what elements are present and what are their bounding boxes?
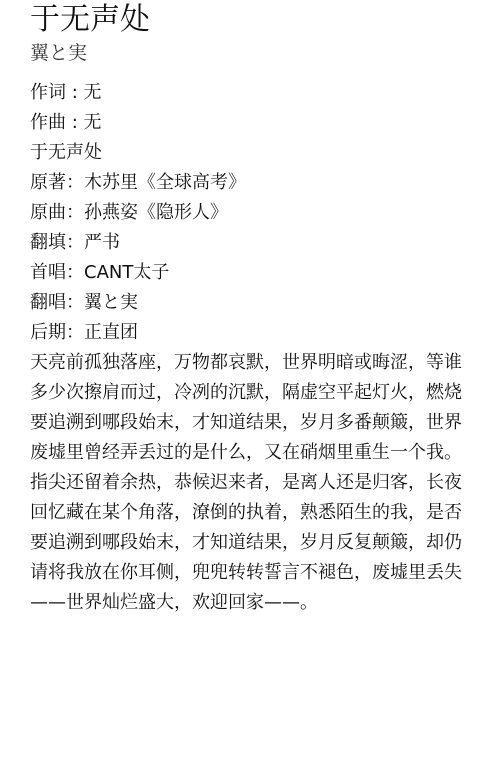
credit-cover-singer: 翻唱：翼と実	[30, 288, 500, 318]
lyric-line: 废墟里曾经弄丢过的是什么，又在硝烟里重生一个我。	[30, 438, 500, 468]
lyrics-page: 于无声处 翼と実 作词 : 无 作曲 : 无 于无声处 原著：木苏里《全球高考》…	[30, 0, 500, 760]
lyric-line: 天亮前孤独落座，万物都哀默，世界明暗或晦涩，等谁	[30, 348, 500, 378]
credit-composer: 作曲 : 无	[30, 108, 500, 138]
song-title: 于无声处	[30, 0, 500, 40]
lyrics-list: 作词 : 无 作曲 : 无 于无声处 原著：木苏里《全球高考》 原曲：孙燕姿《隐…	[30, 78, 500, 618]
credit-lyricist: 作词 : 无	[30, 78, 500, 108]
lyric-line: 指尖还留着余热，恭候迟来者，是离人还是归客，长夜	[30, 468, 500, 498]
credit-original-work: 原著：木苏里《全球高考》	[30, 168, 500, 198]
song-artist: 翼と実	[30, 40, 500, 66]
lyric-line: 请将我放在你耳侧，兜兜转转誓言不褪色，废墟里丢失	[30, 558, 500, 588]
lyric-line: ——世界灿烂盛大，欢迎回家——。	[30, 588, 500, 618]
lyric-line: 于无声处	[30, 138, 500, 168]
lyric-line: 回忆藏在某个角落，潦倒的执着，熟悉陌生的我，是否	[30, 498, 500, 528]
credit-first-singer: 首唱：CANT太子	[30, 258, 500, 288]
lyric-line: 要追溯到哪段始末，才知道结果，岁月多番颠簸，世界	[30, 408, 500, 438]
credit-post-production: 后期：正直团	[30, 318, 500, 348]
lyric-line: 多少次擦肩而过，冷冽的沉默，隔虚空平起灯火，燃烧	[30, 378, 500, 408]
credit-original-song: 原曲：孙燕姿《隐形人》	[30, 198, 500, 228]
lyric-line: 要追溯到哪段始末，才知道结果，岁月反复颠簸，却仍	[30, 528, 500, 558]
credit-rewrite: 翻填：严书	[30, 228, 500, 258]
